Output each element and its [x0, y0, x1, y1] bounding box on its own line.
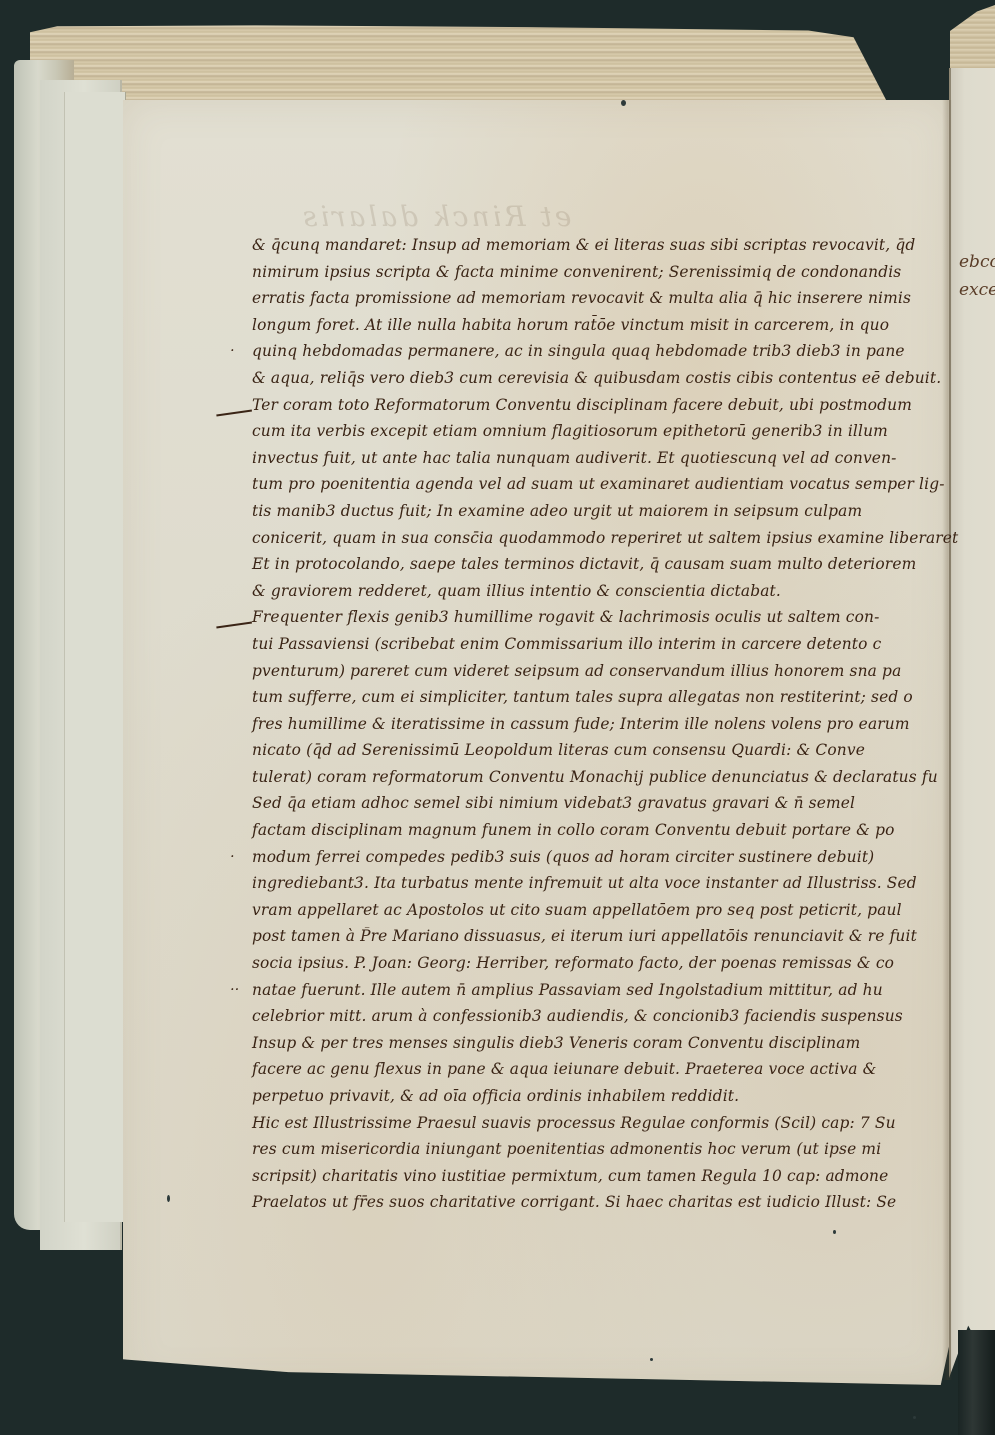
manuscript-line: conicerit, quam in sua consc̄ia quodammo…	[252, 525, 956, 552]
manuscript-line: pventurum) pareret cum videret seipsum a…	[252, 658, 958, 685]
paper-strip	[64, 92, 126, 1222]
manuscript-line: tulerat) coram reformatorum Conventu Mon…	[252, 764, 958, 791]
manuscript-line: facere ac genu flexus in pane & aqua iei…	[252, 1056, 958, 1083]
manuscript-line: · modum ferrei compedes pedib3 suis (quo…	[252, 844, 958, 871]
line-text: modum ferrei compedes pedib3 suis (quos …	[252, 848, 874, 866]
manuscript-line: res cum misericordia iniungant poenitent…	[252, 1136, 958, 1163]
manuscript-line: celebrior mitt. arum à confessionib3 aud…	[252, 1003, 958, 1030]
manuscript-line: Sed q̄a etiam adhoc semel sibi nimium vi…	[252, 790, 958, 817]
manuscript-line: tui Passaviensi (scribebat enim Commissa…	[252, 631, 958, 658]
manuscript-line: Et in protocolando, saepe tales terminos…	[252, 551, 958, 578]
manuscript-line: factam disciplinam magnum funem in collo…	[252, 817, 958, 844]
manuscript-line: fres humillime & iteratissime in cassum …	[252, 711, 958, 738]
manuscript-line: cum ita verbis excepit etiam omnium flag…	[252, 418, 958, 445]
manuscript-line: Praelatos ut fr̄es suos charitative corr…	[252, 1189, 958, 1216]
facing-line: ebco i	[959, 248, 995, 276]
manuscript-line: scripsit) charitatis vino iustitiae perm…	[252, 1163, 958, 1190]
manuscript-line: tum pro poenitentia agenda vel ad suam u…	[252, 471, 958, 498]
ink-spot	[833, 1230, 836, 1234]
bleed-through-text: et Rinck dalaris	[300, 200, 571, 233]
ink-spot	[167, 1195, 170, 1202]
manuscript-line: Frequenter flexis genib3 humillime rogav…	[252, 604, 958, 631]
line-text: quinq hebdomadas permanere, ac in singul…	[252, 342, 905, 360]
binding-board	[958, 1330, 995, 1435]
manuscript-line: post tamen à P̄re Mariano dissuasus, ei …	[252, 923, 958, 950]
margin-dot-mark: ·	[230, 338, 235, 364]
margin-dot-mark: ··	[230, 977, 239, 1003]
manuscript-line: socia ipsius. P. Joan: Georg: Herriber, …	[252, 950, 958, 977]
manuscript-line: Hic est Illustrissime Praesul suavis pro…	[252, 1110, 958, 1137]
line-text: Frequenter flexis genib3 humillime rogav…	[252, 608, 879, 626]
manuscript-line: perpetuo privavit, & ad oīa officia ordi…	[252, 1083, 958, 1110]
handwritten-text-block: & q̄cunq mandaret: Insup ad memoriam & e…	[252, 232, 962, 1216]
manuscript-photograph: ebco i exceba et Rinck dalaris & q̄cunq …	[0, 0, 995, 1435]
manuscript-line: vram appellaret ac Apostolos ut cito sua…	[252, 897, 958, 924]
manuscript-line: invectus fuit, ut ante hac talia nunquam…	[252, 445, 958, 472]
manuscript-line: tum sufferre, cum ei simpliciter, tantum…	[252, 684, 958, 711]
manuscript-line: nimirum ipsius scripta & facta minime co…	[252, 259, 958, 286]
line-text: Ter coram toto Reformatorum Conventu dis…	[252, 396, 912, 414]
manuscript-line: erratis facta promissione ad memoriam re…	[252, 285, 958, 312]
manuscript-line: & aqua, reliq̄s vero dieb3 cum cerevisia…	[252, 365, 958, 392]
manuscript-line: Ter coram toto Reformatorum Conventu dis…	[252, 392, 958, 419]
manuscript-line: & q̄cunq mandaret: Insup ad memoriam & e…	[252, 232, 958, 259]
manuscript-line: Insup & per tres menses singulis dieb3 V…	[252, 1030, 958, 1057]
manuscript-line: nicato (q̄d ad Serenissimū Leopoldum lit…	[252, 737, 958, 764]
manuscript-line: longum foret. At ille nulla habita horum…	[252, 312, 958, 339]
ink-spot	[913, 1416, 916, 1419]
manuscript-line: & graviorem redderet, quam illius intent…	[252, 578, 958, 605]
facing-line: exceba	[959, 276, 995, 304]
ink-spot	[650, 1358, 653, 1361]
facing-page-marginal-text: ebco i exceba	[959, 248, 995, 304]
manuscript-line: · quinq hebdomadas permanere, ac in sing…	[252, 338, 958, 365]
page-stack-top-edge	[30, 22, 935, 107]
manuscript-line: ingrediebant3. Ita turbatus mente infrem…	[252, 870, 958, 897]
margin-dot-mark: ·	[230, 844, 235, 870]
manuscript-line: tis manib3 ductus fuit; In examine adeo …	[252, 498, 958, 525]
ink-spot	[621, 100, 626, 106]
manuscript-line: ·· natae fuerunt. Ille autem n̄ amplius …	[252, 977, 958, 1004]
line-text: natae fuerunt. Ille autem n̄ amplius Pas…	[252, 981, 883, 999]
facing-page-stack-edge	[950, 5, 995, 70]
